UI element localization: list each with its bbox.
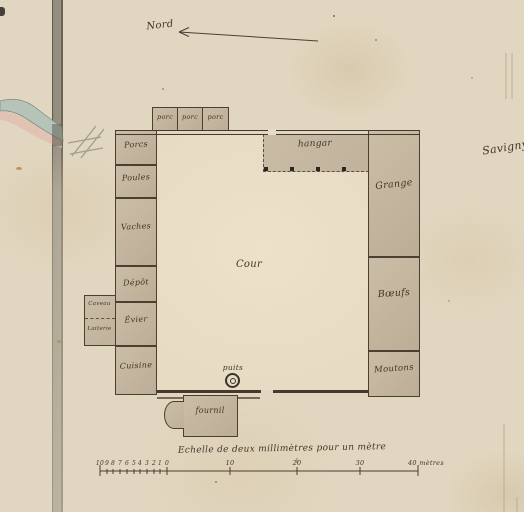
- margin-note: Savigny: [481, 135, 524, 157]
- room-depot: [115, 266, 157, 302]
- road-band: [52, 0, 63, 512]
- hangar-post: [342, 167, 346, 171]
- scale-minor-label: 10: [95, 460, 105, 467]
- scale-end-label: 40 mètres: [408, 459, 456, 467]
- wall-stub: [157, 397, 184, 399]
- scale-major-label: 10: [220, 459, 240, 467]
- pencil-hash-marks: [68, 126, 104, 158]
- south-wall-segment: [157, 390, 261, 393]
- wall-stub: [238, 397, 260, 399]
- scale-major-label: 20: [287, 459, 307, 467]
- scanned-plan-page: Nord Savigny Porcs Poules Vaches Dépôt É…: [0, 0, 524, 512]
- hangar-post: [316, 167, 320, 171]
- scale-minor-label: 7: [115, 460, 125, 467]
- paper-speck: [333, 15, 335, 17]
- scale-minor-label: 5: [129, 460, 139, 467]
- paper-speck: [375, 39, 377, 41]
- scale-major-label: 30: [350, 459, 370, 467]
- margin-rule-lines: [504, 53, 517, 512]
- wall-door-gap: [268, 129, 276, 135]
- scale-minor-label: 1: [155, 460, 165, 467]
- well-symbol: [225, 373, 240, 388]
- compass-label: Nord: [143, 18, 178, 32]
- annex-divider: [85, 296, 115, 319]
- room-boeufs: [368, 257, 420, 351]
- room-cuisine: [115, 346, 157, 395]
- hangar-post: [290, 167, 294, 171]
- room-poules: [115, 165, 157, 198]
- paper-speck: [215, 481, 217, 483]
- scale-caption: Echelle de deux millimètres pour un mètr…: [178, 442, 382, 456]
- rust-stain: [57, 340, 61, 343]
- room-grange: [368, 130, 420, 257]
- room-porcs: [115, 130, 157, 165]
- corner-ink-blob: [0, 7, 5, 16]
- sty-box: [152, 107, 178, 131]
- scale-minor-label: 9: [102, 460, 112, 467]
- scale-minor-label: 8: [108, 460, 118, 467]
- annex-caveau-laiterie: [84, 295, 116, 346]
- room-moutons: [368, 351, 420, 397]
- room-vaches: [115, 198, 157, 266]
- hangar-post: [264, 167, 268, 171]
- scale-minor-label: 3: [142, 460, 152, 467]
- sty-box: [177, 107, 203, 131]
- courtyard-area: [156, 134, 369, 390]
- scale-minor-label: 2: [149, 460, 159, 467]
- paper-speck: [448, 300, 450, 302]
- room-fournil: [183, 395, 238, 437]
- paper-speck: [162, 88, 164, 90]
- room-evier: [115, 302, 157, 346]
- oven-apse: [164, 401, 184, 429]
- scale-bar: [100, 458, 418, 476]
- scale-minor-label: 6: [122, 460, 132, 467]
- scale-minor-label: 0: [162, 460, 172, 467]
- well-inner-ring: [230, 378, 236, 384]
- paper-speck: [471, 77, 473, 79]
- rust-stain: [16, 167, 22, 170]
- south-wall-segment: [273, 390, 369, 393]
- north-arrow: [179, 28, 318, 42]
- scale-minor-label: 4: [135, 460, 145, 467]
- sty-box: [202, 107, 229, 131]
